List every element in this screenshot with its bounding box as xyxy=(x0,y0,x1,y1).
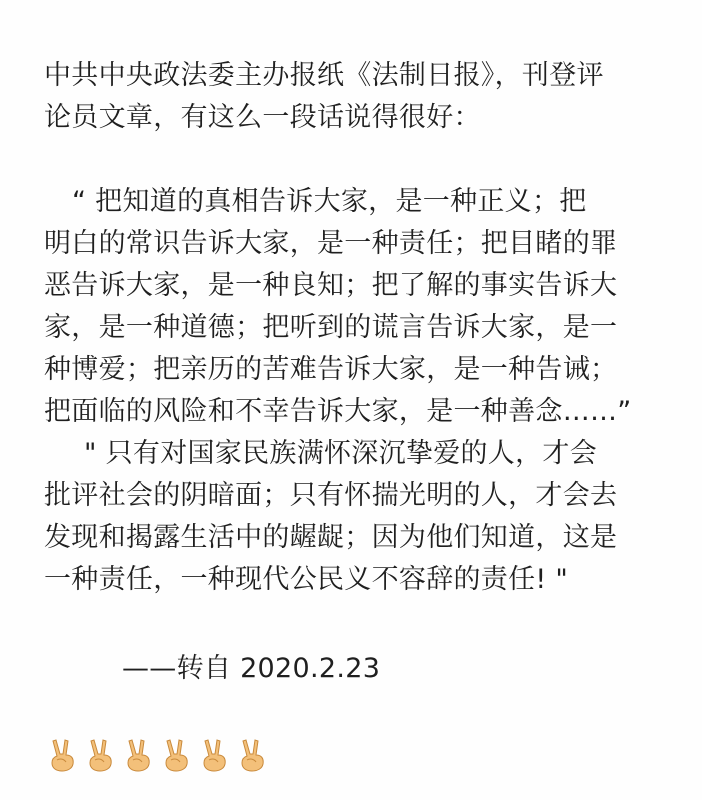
quote2-line: 批评社会的阴暗面；只有怀揣光明的人，才会去 xyxy=(44,475,617,517)
quote1-line: 把面临的风险和不幸告诉大家，是一种善念……” xyxy=(44,391,632,433)
quote2-line: 发现和揭露生活中的龌龊；因为他们知道，这是 xyxy=(44,517,617,559)
quote2-line: 一种责任，一种现代公民义不容辞的责任! " xyxy=(44,559,568,601)
quote2-line: " 只有对国家民族满怀深沉挚爱的人，才会 xyxy=(84,433,597,475)
victory-hand-icon xyxy=(238,738,268,772)
quote1-line: 种博爱；把亲历的苦难告诉大家，是一种告诫； xyxy=(44,349,617,391)
victory-hand-icon xyxy=(48,738,78,772)
quote1-line: 恶告诉大家，是一种良知；把了解的事实告诉大 xyxy=(44,265,617,307)
victory-hand-icon xyxy=(124,738,154,772)
victory-hand-icon xyxy=(86,738,116,772)
attribution: ——转自 2020.2.23 xyxy=(122,648,380,690)
quote1-line: 家，是一种道德；把听到的谎言告诉大家，是一 xyxy=(44,307,617,349)
quote1-line: 明白的常识告诉大家，是一种责任；把目睹的罪 xyxy=(44,223,617,265)
intro-line: 论员文章，有这么一段话说得很好： xyxy=(44,97,481,139)
victory-hand-icon xyxy=(200,738,230,772)
quote1-line: “ 把知道的真相告诉大家，是一种正义；把 xyxy=(72,181,587,223)
emoji-row xyxy=(48,738,268,772)
intro-line: 中共中央政法委主办报纸《法制日报》，刊登评 xyxy=(44,55,604,97)
victory-hand-icon xyxy=(162,738,192,772)
